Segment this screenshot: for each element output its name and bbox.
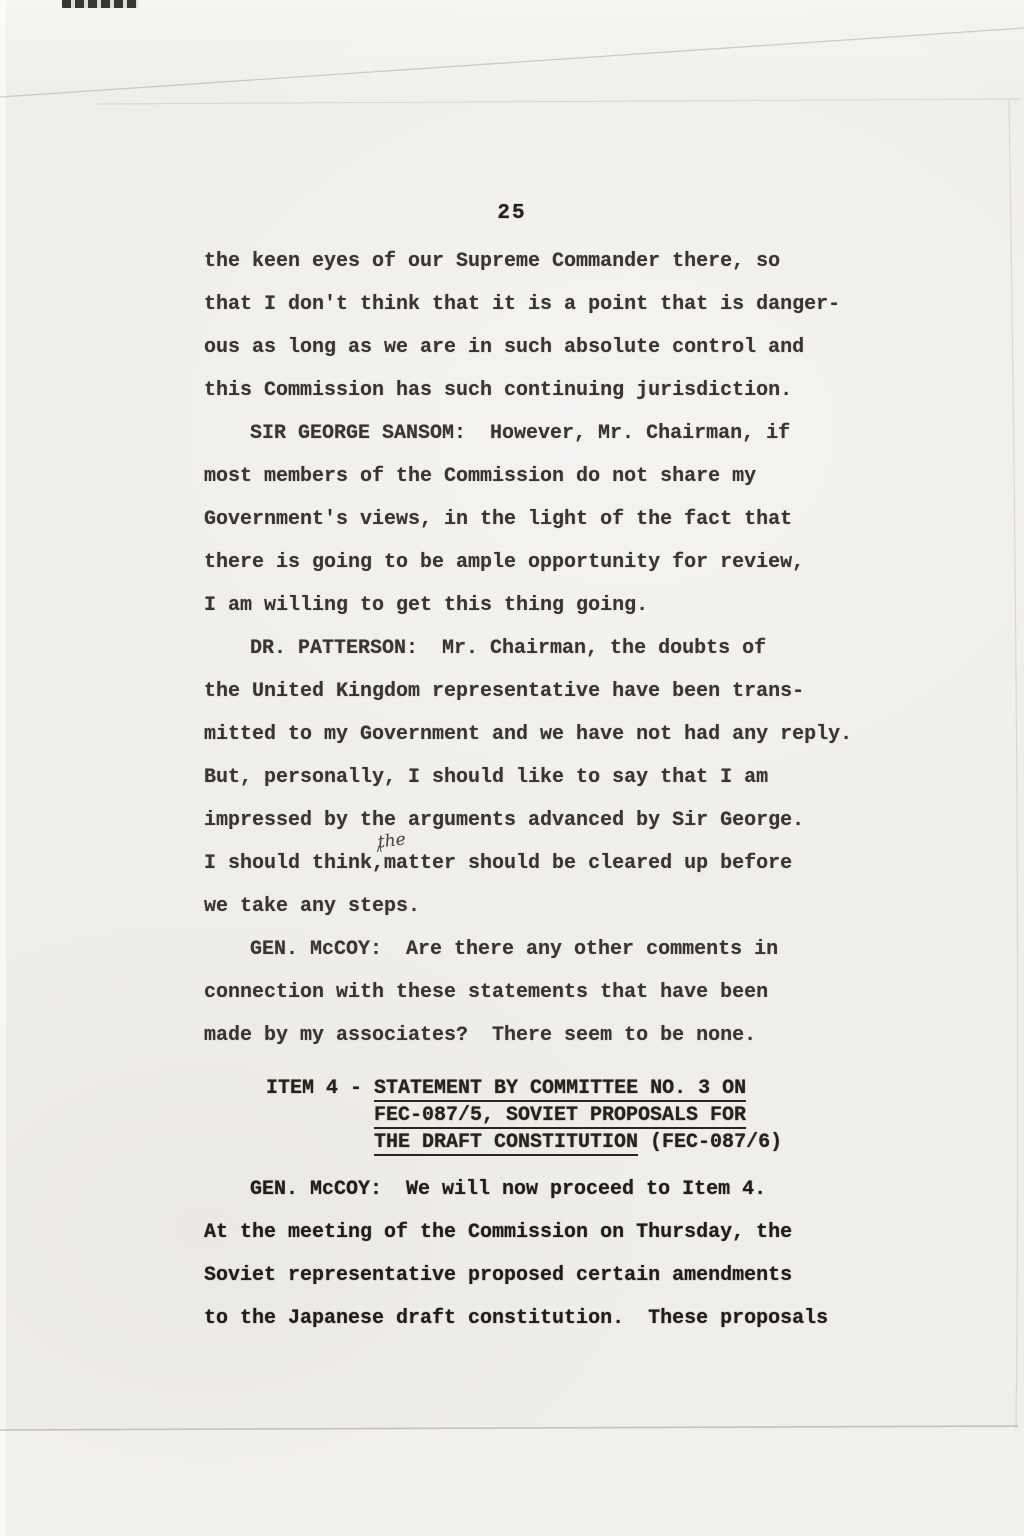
body-text: the keen eyes of our Supreme Commander t… [204, 240, 872, 1057]
typed-line: to the Japanese draft constitution. Thes… [204, 1297, 872, 1340]
typed-line: SIR GEORGE SANSOM: However, Mr. Chairman… [204, 412, 872, 455]
typed-line: Soviet representative proposed certain a… [204, 1254, 872, 1297]
underlined-heading-text: FEC-087/5, SOVIET PROPOSALS FOR [374, 1104, 746, 1129]
typed-line: Government's views, in the light of the … [204, 498, 872, 541]
typed-line: we take any steps. [204, 885, 872, 928]
typed-line: DR. PATTERSON: Mr. Chairman, the doubts … [204, 627, 872, 670]
heading-text: ITEM 4 - [266, 1077, 374, 1100]
handwritten-insertion: the [377, 831, 407, 851]
typed-line: But, personally, I should like to say th… [204, 756, 872, 799]
typed-line-with-insertion: I should think,thematter should be clear… [204, 842, 872, 885]
heading-line: ITEM 4 - STATEMENT BY COMMITTEE NO. 3 ON [266, 1075, 872, 1102]
typed-line: made by my associates? There seem to be … [204, 1014, 872, 1057]
typed-line: connection with these statements that ha… [204, 971, 872, 1014]
item-4-heading: ITEM 4 - STATEMENT BY COMMITTEE NO. 3 ON… [266, 1075, 872, 1156]
underlined-heading-text: THE DRAFT CONSTITUTION [374, 1131, 638, 1156]
typed-line: GEN. McCOY: We will now proceed to Item … [204, 1168, 872, 1211]
typed-line: impressed by the arguments advanced by S… [204, 799, 872, 842]
page-number: 25 [178, 202, 846, 225]
typed-line: I am willing to get this thing going. [204, 584, 872, 627]
typed-line: the United Kingdom representative have b… [204, 670, 872, 713]
text-column: 25 the keen eyes of our Supreme Commande… [204, 240, 872, 1340]
scan-left-edge [0, 0, 6, 1536]
heading-text: (FEC-087/6) [638, 1131, 782, 1154]
typed-line: mitted to my Government and we have not … [204, 713, 872, 756]
typed-line: most members of the Commission do not sh… [204, 455, 872, 498]
typed-line: GEN. McCOY: Are there any other comments… [204, 928, 872, 971]
scan-below-page-edge [0, 1430, 1024, 1536]
scan-top-shading [0, 0, 1024, 95]
scanned-document-page: 25 the keen eyes of our Supreme Commande… [0, 0, 1024, 1536]
typed-line: the keen eyes of our Supreme Commander t… [204, 240, 872, 283]
heading-line: FEC-087/5, SOVIET PROPOSALS FOR [266, 1102, 872, 1129]
typed-line: that I don't think that it is a point th… [204, 283, 872, 326]
closing-text: GEN. McCOY: We will now proceed to Item … [204, 1168, 872, 1340]
typed-line: this Commission has such continuing juri… [204, 369, 872, 412]
heading-line: THE DRAFT CONSTITUTION (FEC-087/6) [266, 1129, 872, 1156]
underlined-heading-text: STATEMENT BY COMMITTEE NO. 3 ON [374, 1077, 746, 1102]
typed-line: ous as long as we are in such absolute c… [204, 326, 872, 369]
typed-line: At the meeting of the Commission on Thur… [204, 1211, 872, 1254]
typed-line: there is going to be ample opportunity f… [204, 541, 872, 584]
cut-off-stamp-mark [62, 0, 138, 8]
